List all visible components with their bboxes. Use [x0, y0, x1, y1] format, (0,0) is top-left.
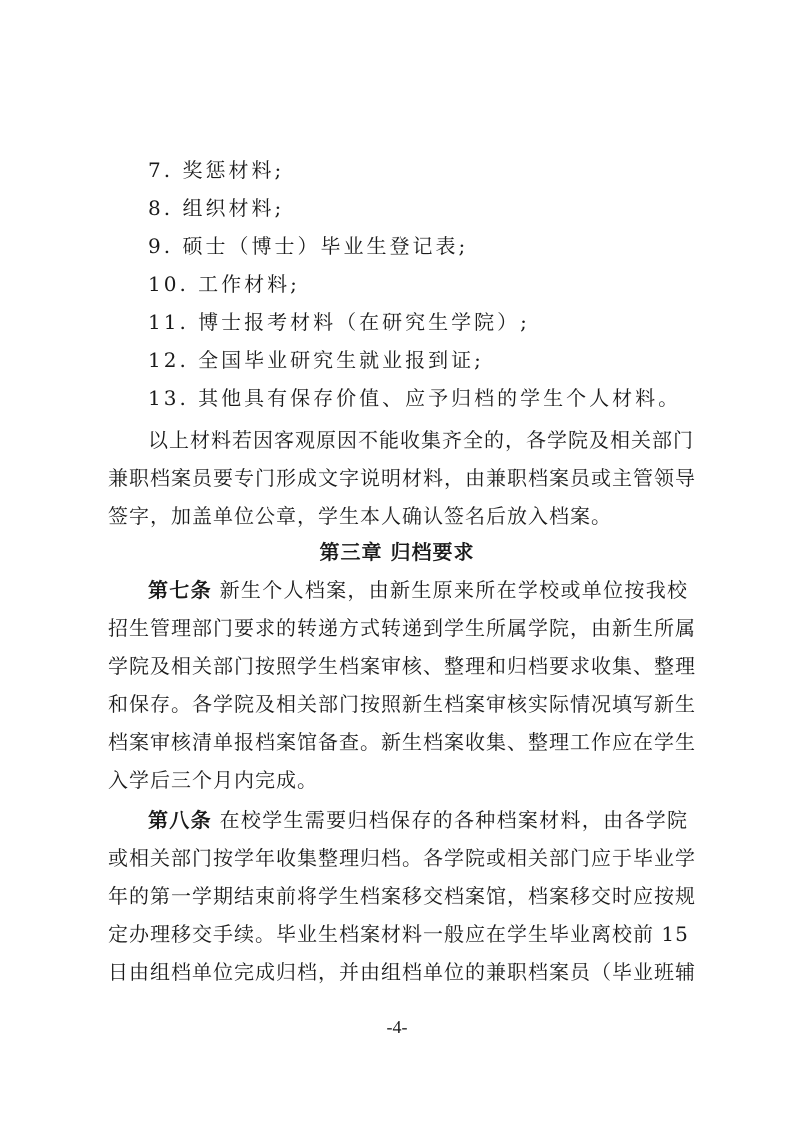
article7-line-3: 学院及相关部门按照学生档案审核、整理和归档要求收集、整理 [108, 654, 688, 678]
page-number: -4- [0, 1017, 794, 1038]
list-item-9: 9. 硕士（博士）毕业生登记表; [148, 234, 728, 258]
note-line-3: 签字，加盖单位公章，学生本人确认签名后放入档案。 [108, 504, 688, 528]
note-line-1: 以上材料若因客观原因不能收集齐全的，各学院及相关部门 [148, 428, 688, 452]
article7-line-2: 招生管理部门要求的转递方式转递到学生所属学院，由新生所属 [108, 616, 688, 640]
article7-line-4: 和保存。各学院及相关部门按照新生档案审核实际情况填写新生 [108, 692, 688, 716]
list-item-7: 7. 奖惩材料; [148, 158, 728, 182]
note-line-2: 兼职档案员要专门形成文字说明材料，由兼职档案员或主管领导 [108, 466, 688, 490]
article8-line-2: 或相关部门按学年收集整理归档。各学院或相关部门应于毕业学 [108, 846, 688, 870]
article8-line-1: 第八条 在校学生需要归档保存的各种档案材料，由各学院 [148, 808, 688, 832]
article8-line-5: 日由组档单位完成归档，并由组档单位的兼职档案员（毕业班辅 [108, 960, 688, 984]
list-item-12: 12. 全国毕业研究生就业报到证; [148, 348, 728, 372]
list-item-10: 10. 工作材料; [148, 272, 728, 296]
article7-line-5: 档案审核清单报档案馆备查。新生档案收集、整理工作应在学生 [108, 730, 688, 754]
list-item-8: 8. 组织材料; [148, 196, 728, 220]
list-item-11: 11. 博士报考材料（在研究生学院）; [148, 310, 728, 334]
article7-label: 第七条 [148, 578, 212, 602]
article7-text-1: 新生个人档案，由新生原来所在学校或单位按我校 [220, 578, 688, 602]
article7-line-1: 第七条 新生个人档案，由新生原来所在学校或单位按我校 [148, 578, 688, 602]
article8-text-1: 在校学生需要归档保存的各种档案材料，由各学院 [220, 808, 688, 832]
document-page: 7. 奖惩材料; 8. 组织材料; 9. 硕士（博士）毕业生登记表; 10. 工… [0, 0, 794, 1123]
list-item-13: 13. 其他具有保存价值、应予归档的学生个人材料。 [148, 386, 728, 410]
chapter-heading: 第三章 归档要求 [0, 540, 794, 564]
article8-line-4: 定办理移交手续。毕业生档案材料一般应在学生毕业离校前 15 [108, 922, 688, 946]
article8-line-3: 年的第一学期结束前将学生档案移交档案馆，档案移交时应按规 [108, 884, 688, 908]
article8-label: 第八条 [148, 808, 212, 832]
article7-line-6: 入学后三个月内完成。 [108, 768, 688, 792]
